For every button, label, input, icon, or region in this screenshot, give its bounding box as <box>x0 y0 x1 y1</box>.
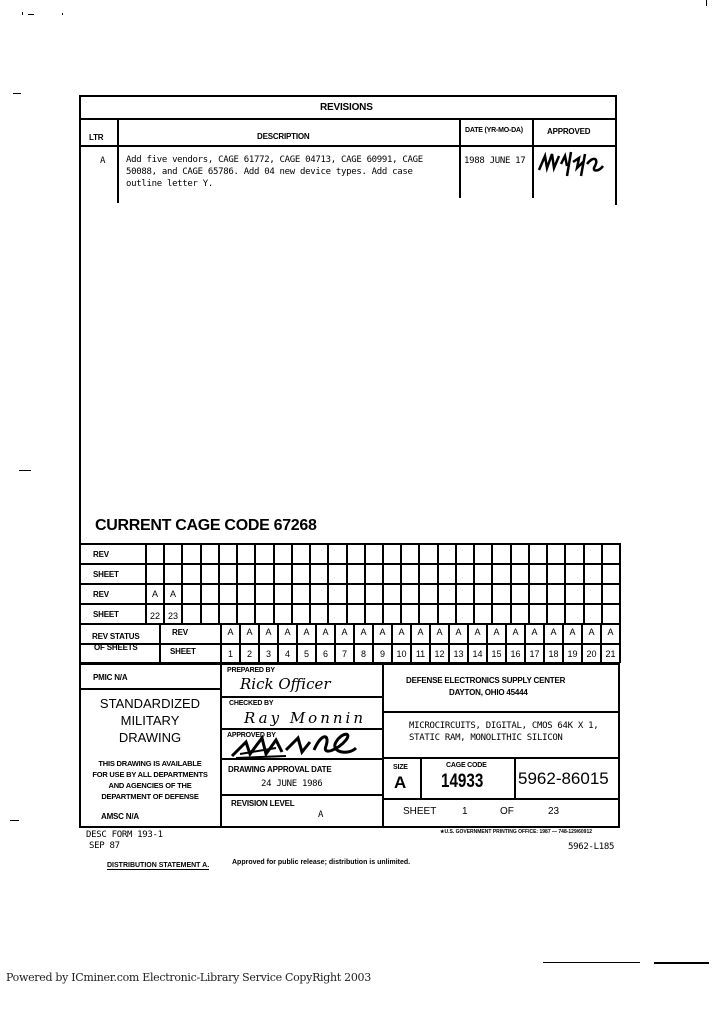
approver-signature-icon <box>537 146 607 180</box>
distribution-text: Approved for public release; distributio… <box>232 859 410 866</box>
form-date: SEP 87 <box>89 841 120 851</box>
grid-rev-value: A <box>241 627 258 637</box>
divider <box>79 688 222 690</box>
grid-sheet-value: 2 <box>241 649 258 659</box>
grid-line <box>619 543 621 623</box>
grid-sheet-value: 19 <box>564 649 581 659</box>
rev-status-label: OF SHEETS <box>94 643 138 652</box>
grid-line <box>159 623 161 663</box>
grid-line <box>619 623 621 663</box>
divider <box>382 711 620 713</box>
grid-sheet-label: SHEET <box>170 647 196 656</box>
revision-level: A <box>318 810 323 820</box>
scan-line <box>543 962 640 963</box>
std-title: STANDARDIZED MILITARY DRAWING <box>80 695 220 746</box>
header-approved: APPROVED <box>547 127 590 136</box>
grid-rev-value: A <box>222 627 239 637</box>
grid-line <box>181 543 183 623</box>
scan-speck <box>22 12 23 15</box>
grid-line <box>79 543 619 545</box>
grid-sheet-value: 15 <box>488 649 505 659</box>
approved-by-signature-icon <box>226 728 361 762</box>
grid-rev-value: A <box>583 627 600 637</box>
availability-line: FOR USE BY ALL DEPARTMENTS <box>80 769 220 780</box>
grid-line <box>491 543 493 623</box>
grid-sheet-value: 16 <box>507 649 524 659</box>
grid-sheet-label: SHEET <box>93 570 119 579</box>
grid-rev-value: A <box>526 627 543 637</box>
grid-line <box>79 563 619 565</box>
divider <box>220 794 382 796</box>
grid-rev-value: A <box>355 627 372 637</box>
divider <box>420 757 422 799</box>
grid-rev-value: A <box>279 627 296 637</box>
grid-line <box>601 543 603 623</box>
divider <box>117 118 119 203</box>
scan-speck <box>706 0 707 6</box>
revision-date: 1988 JUNE 17 <box>464 156 525 166</box>
grid-line <box>236 543 238 623</box>
grid-rev-value: A <box>431 627 448 637</box>
rev-status-label: REV STATUS <box>92 632 140 641</box>
grid-line <box>546 543 548 623</box>
agency-address: DAYTON, OHIO 45444 <box>449 688 528 697</box>
grid-line <box>364 543 366 623</box>
grid-rev-label: REV <box>172 628 188 637</box>
grid-sheet-value: 8 <box>355 649 372 659</box>
grid-sheet-value: 11 <box>412 649 429 659</box>
grid-rev-value: A <box>412 627 429 637</box>
grid-sheet-value: 3 <box>260 649 277 659</box>
scan-speck <box>19 470 31 471</box>
grid-line <box>327 543 329 623</box>
grid-line <box>79 543 81 663</box>
scan-speck <box>10 820 19 821</box>
divider <box>220 696 382 698</box>
form-number: DESC FORM 193-1 <box>86 830 163 840</box>
scan-speck <box>62 13 63 15</box>
header-date: DATE (YR-MO-DA) <box>465 127 523 134</box>
grid-line <box>583 543 585 623</box>
document-title-line: MICROCIRCUITS, DIGITAL, CMOS 64K X 1, <box>409 721 598 731</box>
grid-line <box>437 543 439 623</box>
of-label: OF <box>500 806 514 817</box>
grid-sheet-value: 1 <box>222 649 239 659</box>
std-title-line: DRAWING <box>80 729 220 746</box>
grid-line <box>455 543 457 623</box>
document-title-line: STATIC RAM, MONOLITHIC SILICON <box>409 733 563 743</box>
grid-line <box>346 543 348 623</box>
divider <box>382 662 384 828</box>
availability-note: THIS DRAWING IS AVAILABLE FOR USE BY ALL… <box>80 758 220 802</box>
grid-sheet-value: 14 <box>469 649 486 659</box>
approval-date: 24 JUNE 1986 <box>261 779 322 789</box>
grid-rev-value: A <box>602 627 619 637</box>
grid-line <box>273 543 275 623</box>
grid-rev-label: REV <box>93 550 109 559</box>
grid-line <box>309 543 311 623</box>
divider <box>79 118 617 120</box>
pmic-label: PMIC N/A <box>93 673 127 682</box>
grid-sheet-label: SHEET <box>93 610 119 619</box>
availability-line: DEPARTMENT OF DEFENSE <box>80 791 220 802</box>
revision-description-line: Add five vendors, CAGE 61772, CAGE 04713… <box>126 155 423 165</box>
distribution-label: DISTRIBUTION STATEMENT A. <box>107 862 209 870</box>
grid-rev-value: A <box>374 627 391 637</box>
grid-line <box>400 543 402 623</box>
size-value: A <box>394 773 406 793</box>
revision-description-line: outline letter Y. <box>126 179 213 189</box>
divider <box>459 118 461 198</box>
divider <box>220 662 222 828</box>
divider <box>532 118 534 198</box>
grid-line <box>528 543 530 623</box>
grid-sheet-value: 18 <box>545 649 562 659</box>
grid-rev-value: A <box>165 589 181 599</box>
divider <box>382 757 620 759</box>
grid-rev-value: A <box>260 627 277 637</box>
divider <box>514 757 516 799</box>
prepared-by-label: PREPARED BY <box>227 667 275 674</box>
sheet-number: 1 <box>462 806 468 817</box>
revision-description-line: 50088, and CAGE 65786. Add 04 new device… <box>126 167 413 177</box>
revision-level-label: REVISION LEVEL <box>231 799 294 808</box>
grid-sheet-value: 23 <box>165 611 181 621</box>
grid-line <box>382 543 384 623</box>
grid-rev-value: A <box>564 627 581 637</box>
grid-rev-label: REV <box>93 590 109 599</box>
grid-line <box>200 543 202 623</box>
grid-line <box>79 603 619 605</box>
grid-sheet-value: 13 <box>450 649 467 659</box>
drawing-number: 5962-86015 <box>518 769 609 789</box>
scan-line <box>654 962 709 964</box>
divider <box>382 798 620 800</box>
watermark: Powered by ICminer.com Electronic-Librar… <box>6 971 371 984</box>
sheet-total: 23 <box>548 806 559 817</box>
grid-rev-value: A <box>450 627 467 637</box>
grid-line <box>473 543 475 623</box>
current-cage-code: CURRENT CAGE CODE 67268 <box>95 517 317 535</box>
grid-sheet-value: 22 <box>147 611 163 621</box>
size-label: SIZE <box>393 764 408 771</box>
grid-sheet-value: 20 <box>583 649 600 659</box>
header-description: DESCRIPTION <box>257 132 309 141</box>
grid-sheet-value: 12 <box>431 649 448 659</box>
grid-sheet-value: 4 <box>279 649 296 659</box>
revisions-title: REVISIONS <box>320 102 373 113</box>
grid-rev-value: A <box>317 627 334 637</box>
agency-name: DEFENSE ELECTRONICS SUPPLY CENTER <box>406 676 565 685</box>
std-title-line: STANDARDIZED <box>80 695 220 712</box>
grid-rev-value: A <box>507 627 524 637</box>
grid-rev-value: A <box>488 627 505 637</box>
grid-rev-value: A <box>147 589 163 599</box>
document-code: 5962-L185 <box>568 842 614 852</box>
grid-rev-value: A <box>393 627 410 637</box>
scan-speck <box>28 14 34 15</box>
grid-rev-value: A <box>298 627 315 637</box>
grid-rev-value: A <box>469 627 486 637</box>
cage-code-value: 14933 <box>441 771 483 793</box>
grid-sheet-value: 21 <box>602 649 619 659</box>
std-title-line: MILITARY <box>80 712 220 729</box>
approval-date-label: DRAWING APPROVAL DATE <box>228 765 332 774</box>
grid-rev-value: A <box>545 627 562 637</box>
availability-line: AND AGENCIES OF THE <box>80 780 220 791</box>
grid-sheet-value: 17 <box>526 649 543 659</box>
cage-code-label: CAGE CODE <box>446 762 487 769</box>
grid-line <box>564 543 566 623</box>
checked-by-signature: Ray Monnin <box>244 709 366 727</box>
header-ltr: LTR <box>89 133 103 142</box>
grid-line <box>254 543 256 623</box>
revision-ltr: A <box>100 156 105 166</box>
grid-line <box>291 543 293 623</box>
grid-sheet-value: 7 <box>336 649 353 659</box>
grid-line <box>218 543 220 623</box>
grid-sheet-value: 10 <box>393 649 410 659</box>
gpo-notice: ★U.S. GOVERNMENT PRINTING OFFICE: 1987 —… <box>440 829 592 835</box>
checked-by-label: CHECKED BY <box>229 700 273 707</box>
grid-sheet-value: 6 <box>317 649 334 659</box>
grid-sheet-value: 5 <box>298 649 315 659</box>
rev-status-grid: REVSHEETREVSHEETAA2223REV STATUSOF SHEET… <box>79 543 619 665</box>
amsc-label: AMSC N/A <box>101 812 139 821</box>
scan-speck <box>13 93 21 94</box>
prepared-by-signature: Rick Officer <box>240 675 331 693</box>
grid-line <box>510 543 512 623</box>
grid-rev-value: A <box>336 627 353 637</box>
grid-sheet-value: 9 <box>374 649 391 659</box>
grid-line <box>79 583 619 585</box>
availability-line: THIS DRAWING IS AVAILABLE <box>80 758 220 769</box>
sheet-label: SHEET <box>403 806 436 817</box>
grid-line <box>418 543 420 623</box>
